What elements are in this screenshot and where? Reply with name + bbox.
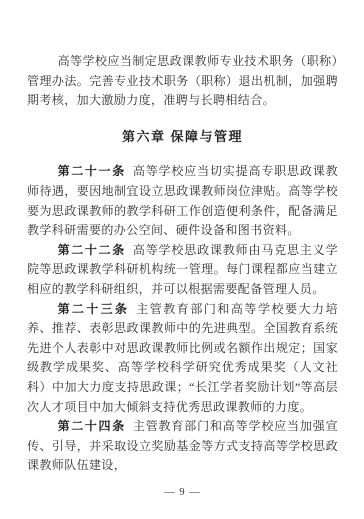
- article-22-number: 第二十二条: [58, 243, 126, 257]
- article-21-number: 第二十一条: [58, 164, 126, 178]
- opening-paragraph: 高等学校应当制定思政课教师专业技术职务（职称）管理办法。完善专业技术职务（职称）…: [27, 52, 338, 111]
- article-23: 第二十三条主管教育部门和高等学校要大力培养、推荐、表彰思政课教师中的先进典型。全…: [27, 300, 338, 418]
- document-page: 高等学校应当制定思政课教师专业技术职务（职称）管理办法。完善专业技术职务（职称）…: [0, 0, 364, 519]
- article-22: 第二十二条高等学校思政课教师由马克思主义学院等思政课教学科研机构统一管理。每门课…: [27, 241, 338, 300]
- article-24-number: 第二十四条: [58, 419, 126, 433]
- article-24: 第二十四条主管教育部门和高等学校应当加强宣传、引导，并采取设立奖励基金等方式支持…: [27, 417, 338, 476]
- chapter-heading: 第六章 保障与管理: [27, 127, 338, 147]
- page-number: — 9 —: [27, 486, 338, 500]
- article-23-text: 主管教育部门和高等学校要大力培养、推荐、表彰思政课教师中的先进典型。全国教育系统…: [27, 302, 338, 414]
- article-23-number: 第二十三条: [58, 302, 130, 316]
- article-21: 第二十一条高等学校应当切实提高专职思政课教师待遇，要因地制宜设立思政课教师岗位津…: [27, 162, 338, 240]
